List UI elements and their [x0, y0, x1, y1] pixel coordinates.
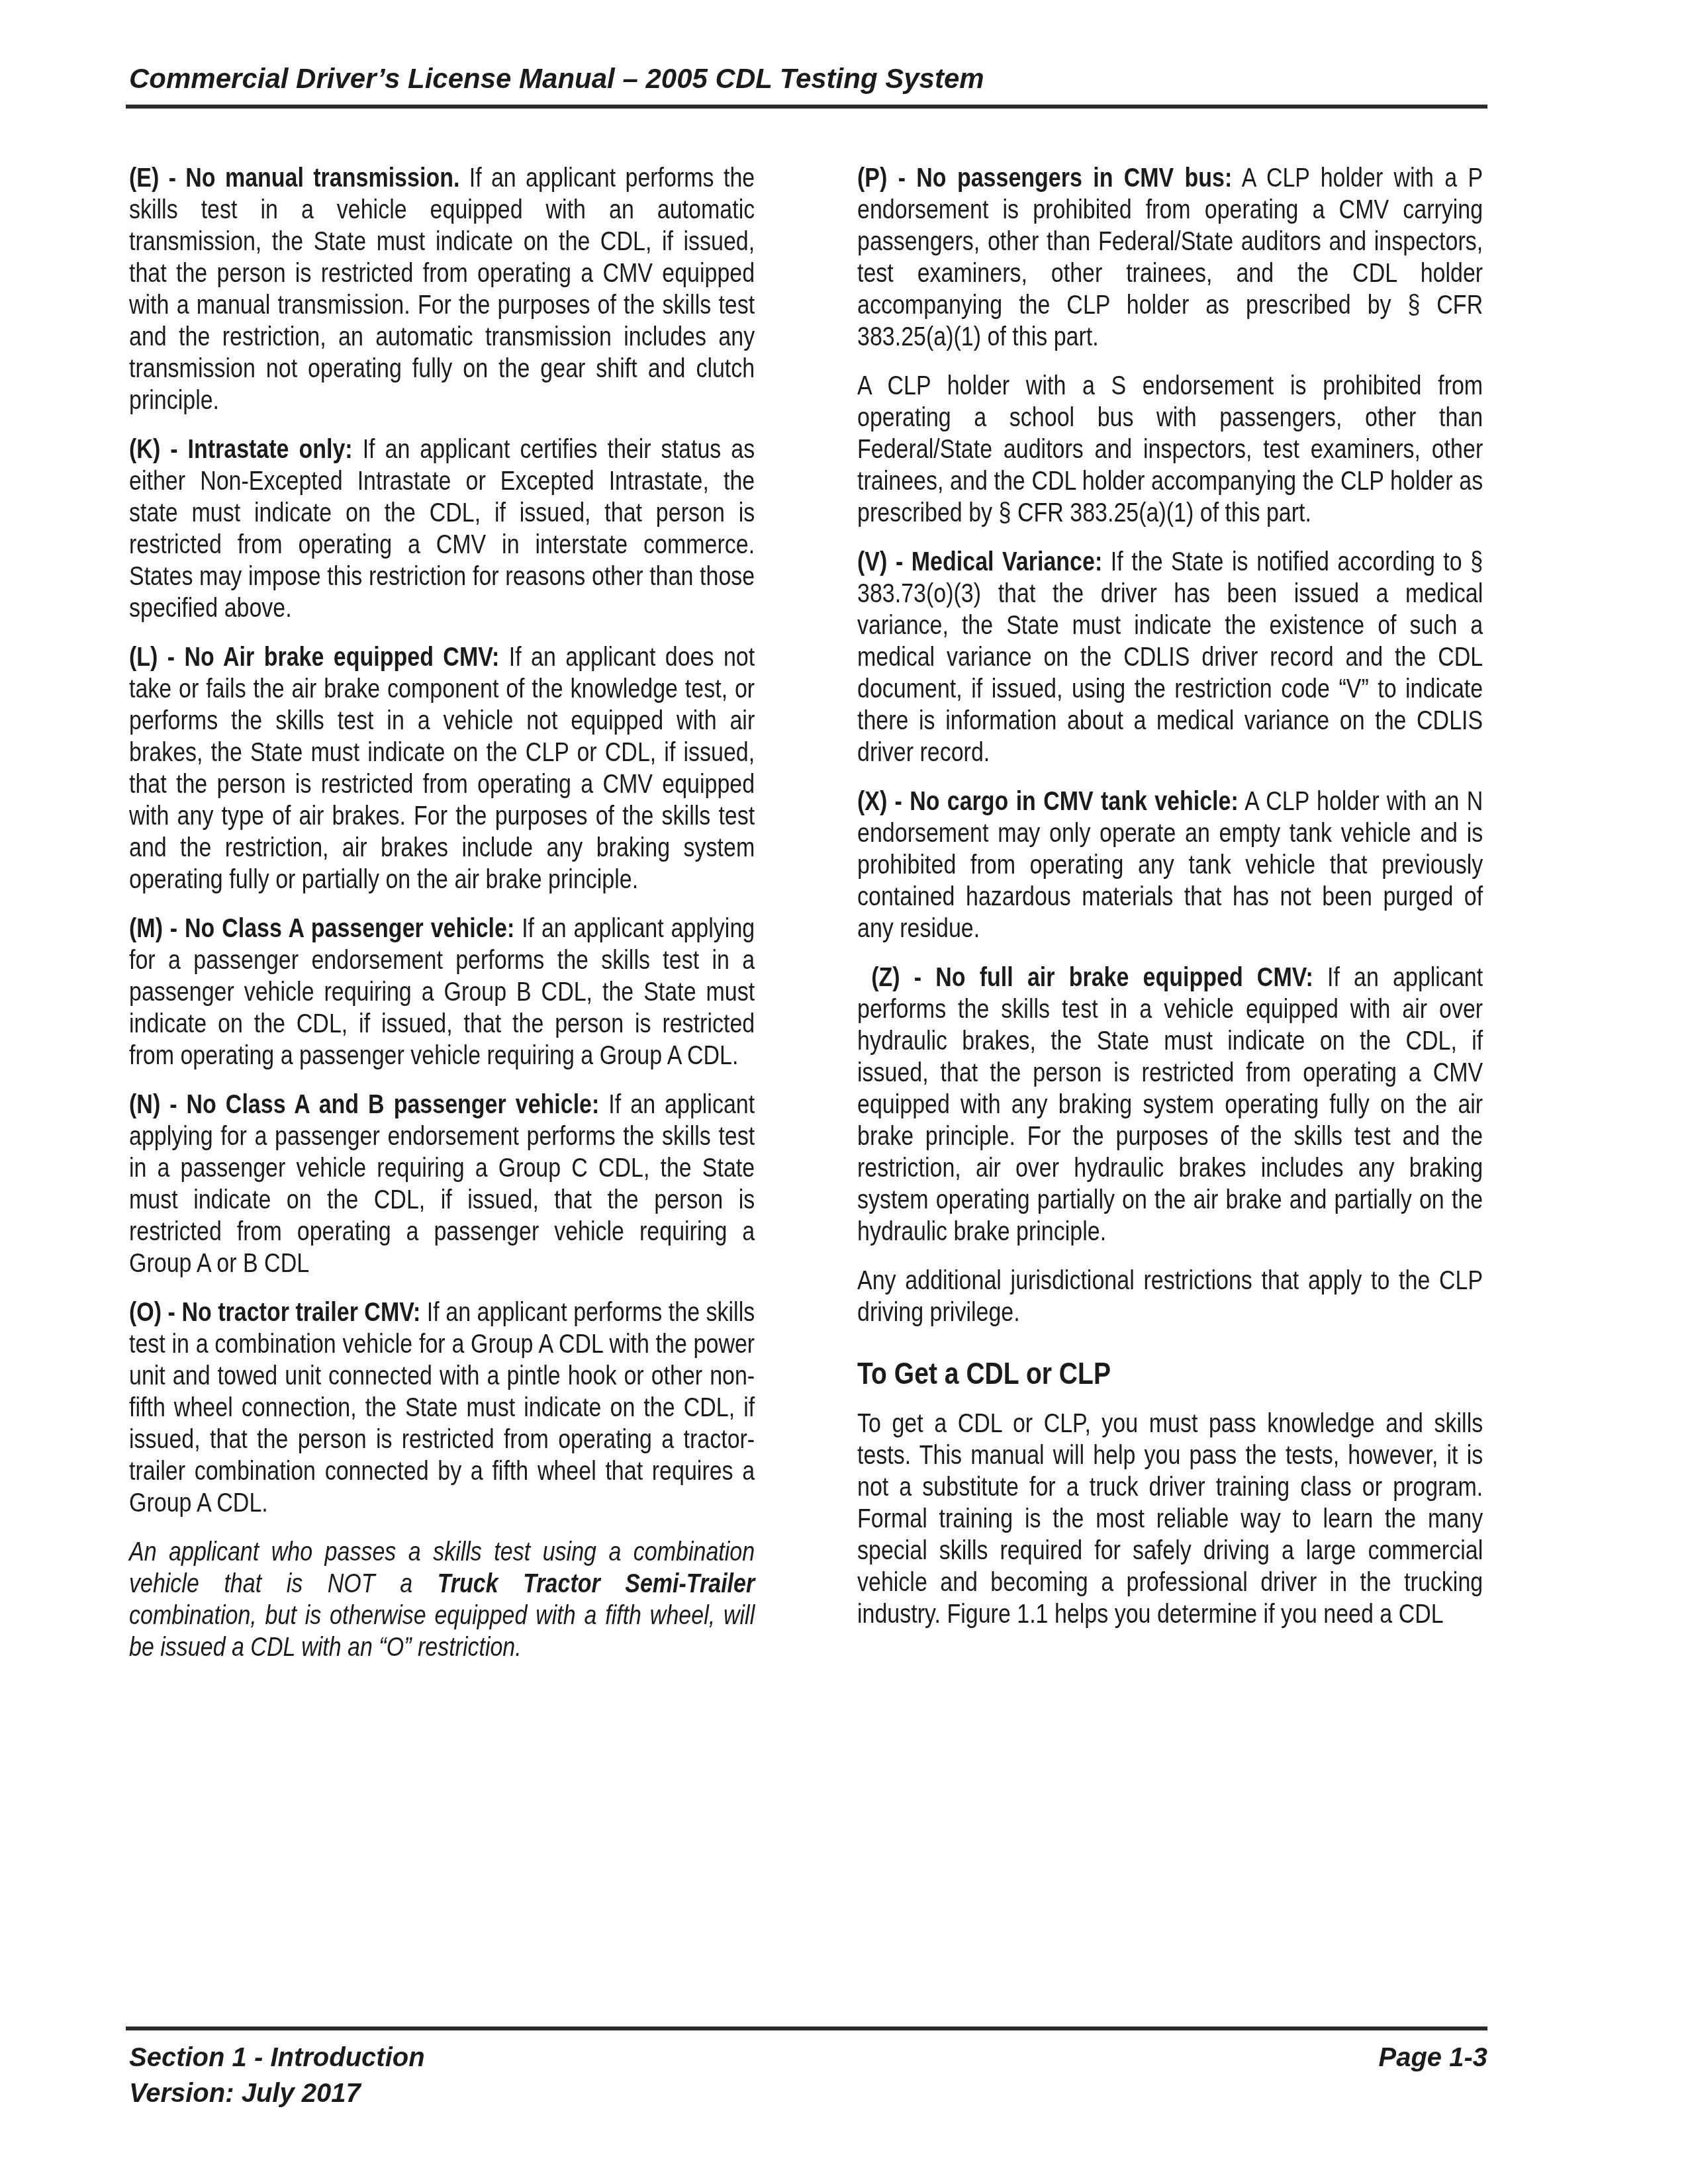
footer-section-label: Section 1 - Introduction	[129, 2040, 425, 2075]
paragraph-clp-s-endorsement: A CLP holder with a S endorsement is pro…	[857, 370, 1483, 529]
paragraph-restriction-X: (X) - No cargo in CMV tank vehicle: A CL…	[857, 786, 1483, 944]
paragraph-restriction-K: (K) - Intrastate only: If an applicant c…	[129, 433, 755, 624]
paragraph-note-O-restriction: An applicant who passes a skills test us…	[129, 1536, 755, 1663]
restriction-text-E: If an applicant performs the skills test…	[129, 163, 755, 415]
restriction-code-E: (E) - No manual transmission.	[129, 163, 459, 193]
restriction-text-Z: If an applicant performs the skills test…	[857, 963, 1483, 1246]
restriction-text-O: If an applicant performs the skills test…	[129, 1298, 755, 1518]
paragraph-restriction-M: (M) - No Class A passenger vehicle: If a…	[129, 913, 755, 1071]
two-column-body: (E) - No manual transmission. If an appl…	[129, 162, 1483, 1680]
footer-page-number: Page 1-3	[1378, 2040, 1487, 2075]
left-column: (E) - No manual transmission. If an appl…	[129, 162, 755, 1680]
note-text-post: combination, but is otherwise equipped w…	[129, 1601, 755, 1662]
paragraph-restriction-N: (N) - No Class A and B passenger vehicle…	[129, 1089, 755, 1279]
footer-left-block: Section 1 - Introduction Version: July 2…	[129, 2040, 425, 2111]
paragraph-to-get-cdl-intro: To get a CDL or CLP, you must pass knowl…	[857, 1408, 1483, 1630]
restriction-code-P: (P) - No passengers in CMV bus:	[857, 163, 1232, 193]
paragraph-restriction-E: (E) - No manual transmission. If an appl…	[129, 162, 755, 416]
restriction-text-L: If an applicant does not take or fails t…	[129, 643, 755, 894]
clp-s-endorsement-text: A CLP holder with a S endorsement is pro…	[857, 371, 1483, 527]
header-divider	[126, 105, 1487, 109]
note-text-bold: Truck Tractor Semi-Trailer	[438, 1569, 755, 1598]
jurisdictional-restrictions-text: Any additional jurisdictional restrictio…	[857, 1266, 1483, 1327]
restriction-code-O: (O) - No tractor trailer CMV:	[129, 1298, 420, 1327]
restriction-code-X: (X) - No cargo in CMV tank vehicle:	[857, 787, 1239, 816]
restriction-code-K: (K) - Intrastate only:	[129, 435, 353, 464]
paragraph-restriction-Z: (Z) - No full air brake equipped CMV: If…	[857, 962, 1483, 1248]
restriction-code-N: (N) - No Class A and B passenger vehicle…	[129, 1090, 599, 1119]
page-header-title: Commercial Driver’s License Manual – 200…	[129, 62, 984, 95]
section-heading-to-get-a-cdl-or-clp: To Get a CDL or CLP	[857, 1356, 1483, 1390]
right-column: (P) - No passengers in CMV bus: A CLP ho…	[857, 162, 1483, 1680]
paragraph-restriction-L: (L) - No Air brake equipped CMV: If an a…	[129, 641, 755, 895]
restriction-code-V: (V) - Medical Variance:	[857, 547, 1102, 576]
restriction-code-Z: (Z) - No full air brake equipped CMV:	[857, 963, 1313, 992]
paragraph-jurisdictional-restrictions: Any additional jurisdictional restrictio…	[857, 1265, 1483, 1328]
paragraph-restriction-O: (O) - No tractor trailer CMV: If an appl…	[129, 1297, 755, 1519]
paragraph-restriction-V: (V) - Medical Variance: If the State is …	[857, 546, 1483, 768]
footer-version-label: Version: July 2017	[129, 2075, 425, 2111]
restriction-text-V: If the State is notified according to § …	[857, 547, 1483, 767]
paragraph-restriction-P: (P) - No passengers in CMV bus: A CLP ho…	[857, 162, 1483, 353]
restriction-code-L: (L) - No Air brake equipped CMV:	[129, 643, 499, 672]
footer-divider	[126, 2026, 1487, 2030]
document-page: Commercial Driver’s License Manual – 200…	[0, 0, 1688, 2184]
restriction-code-M: (M) - No Class A passenger vehicle:	[129, 914, 514, 943]
to-get-cdl-intro-text: To get a CDL or CLP, you must pass knowl…	[857, 1409, 1483, 1629]
